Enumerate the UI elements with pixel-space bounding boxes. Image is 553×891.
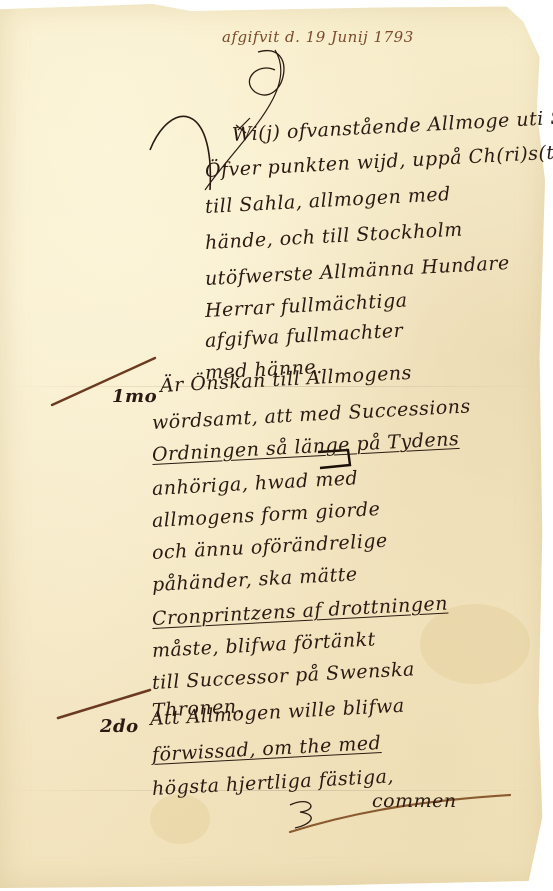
date-note: afgifvit d. 19 Junij 1793 — [222, 28, 414, 46]
section-marker: 2do — [100, 716, 139, 737]
paper-stain — [150, 794, 210, 844]
paper-stain — [420, 604, 530, 684]
section-marker: 1mo — [112, 386, 157, 407]
section-line: commen — [372, 790, 457, 812]
